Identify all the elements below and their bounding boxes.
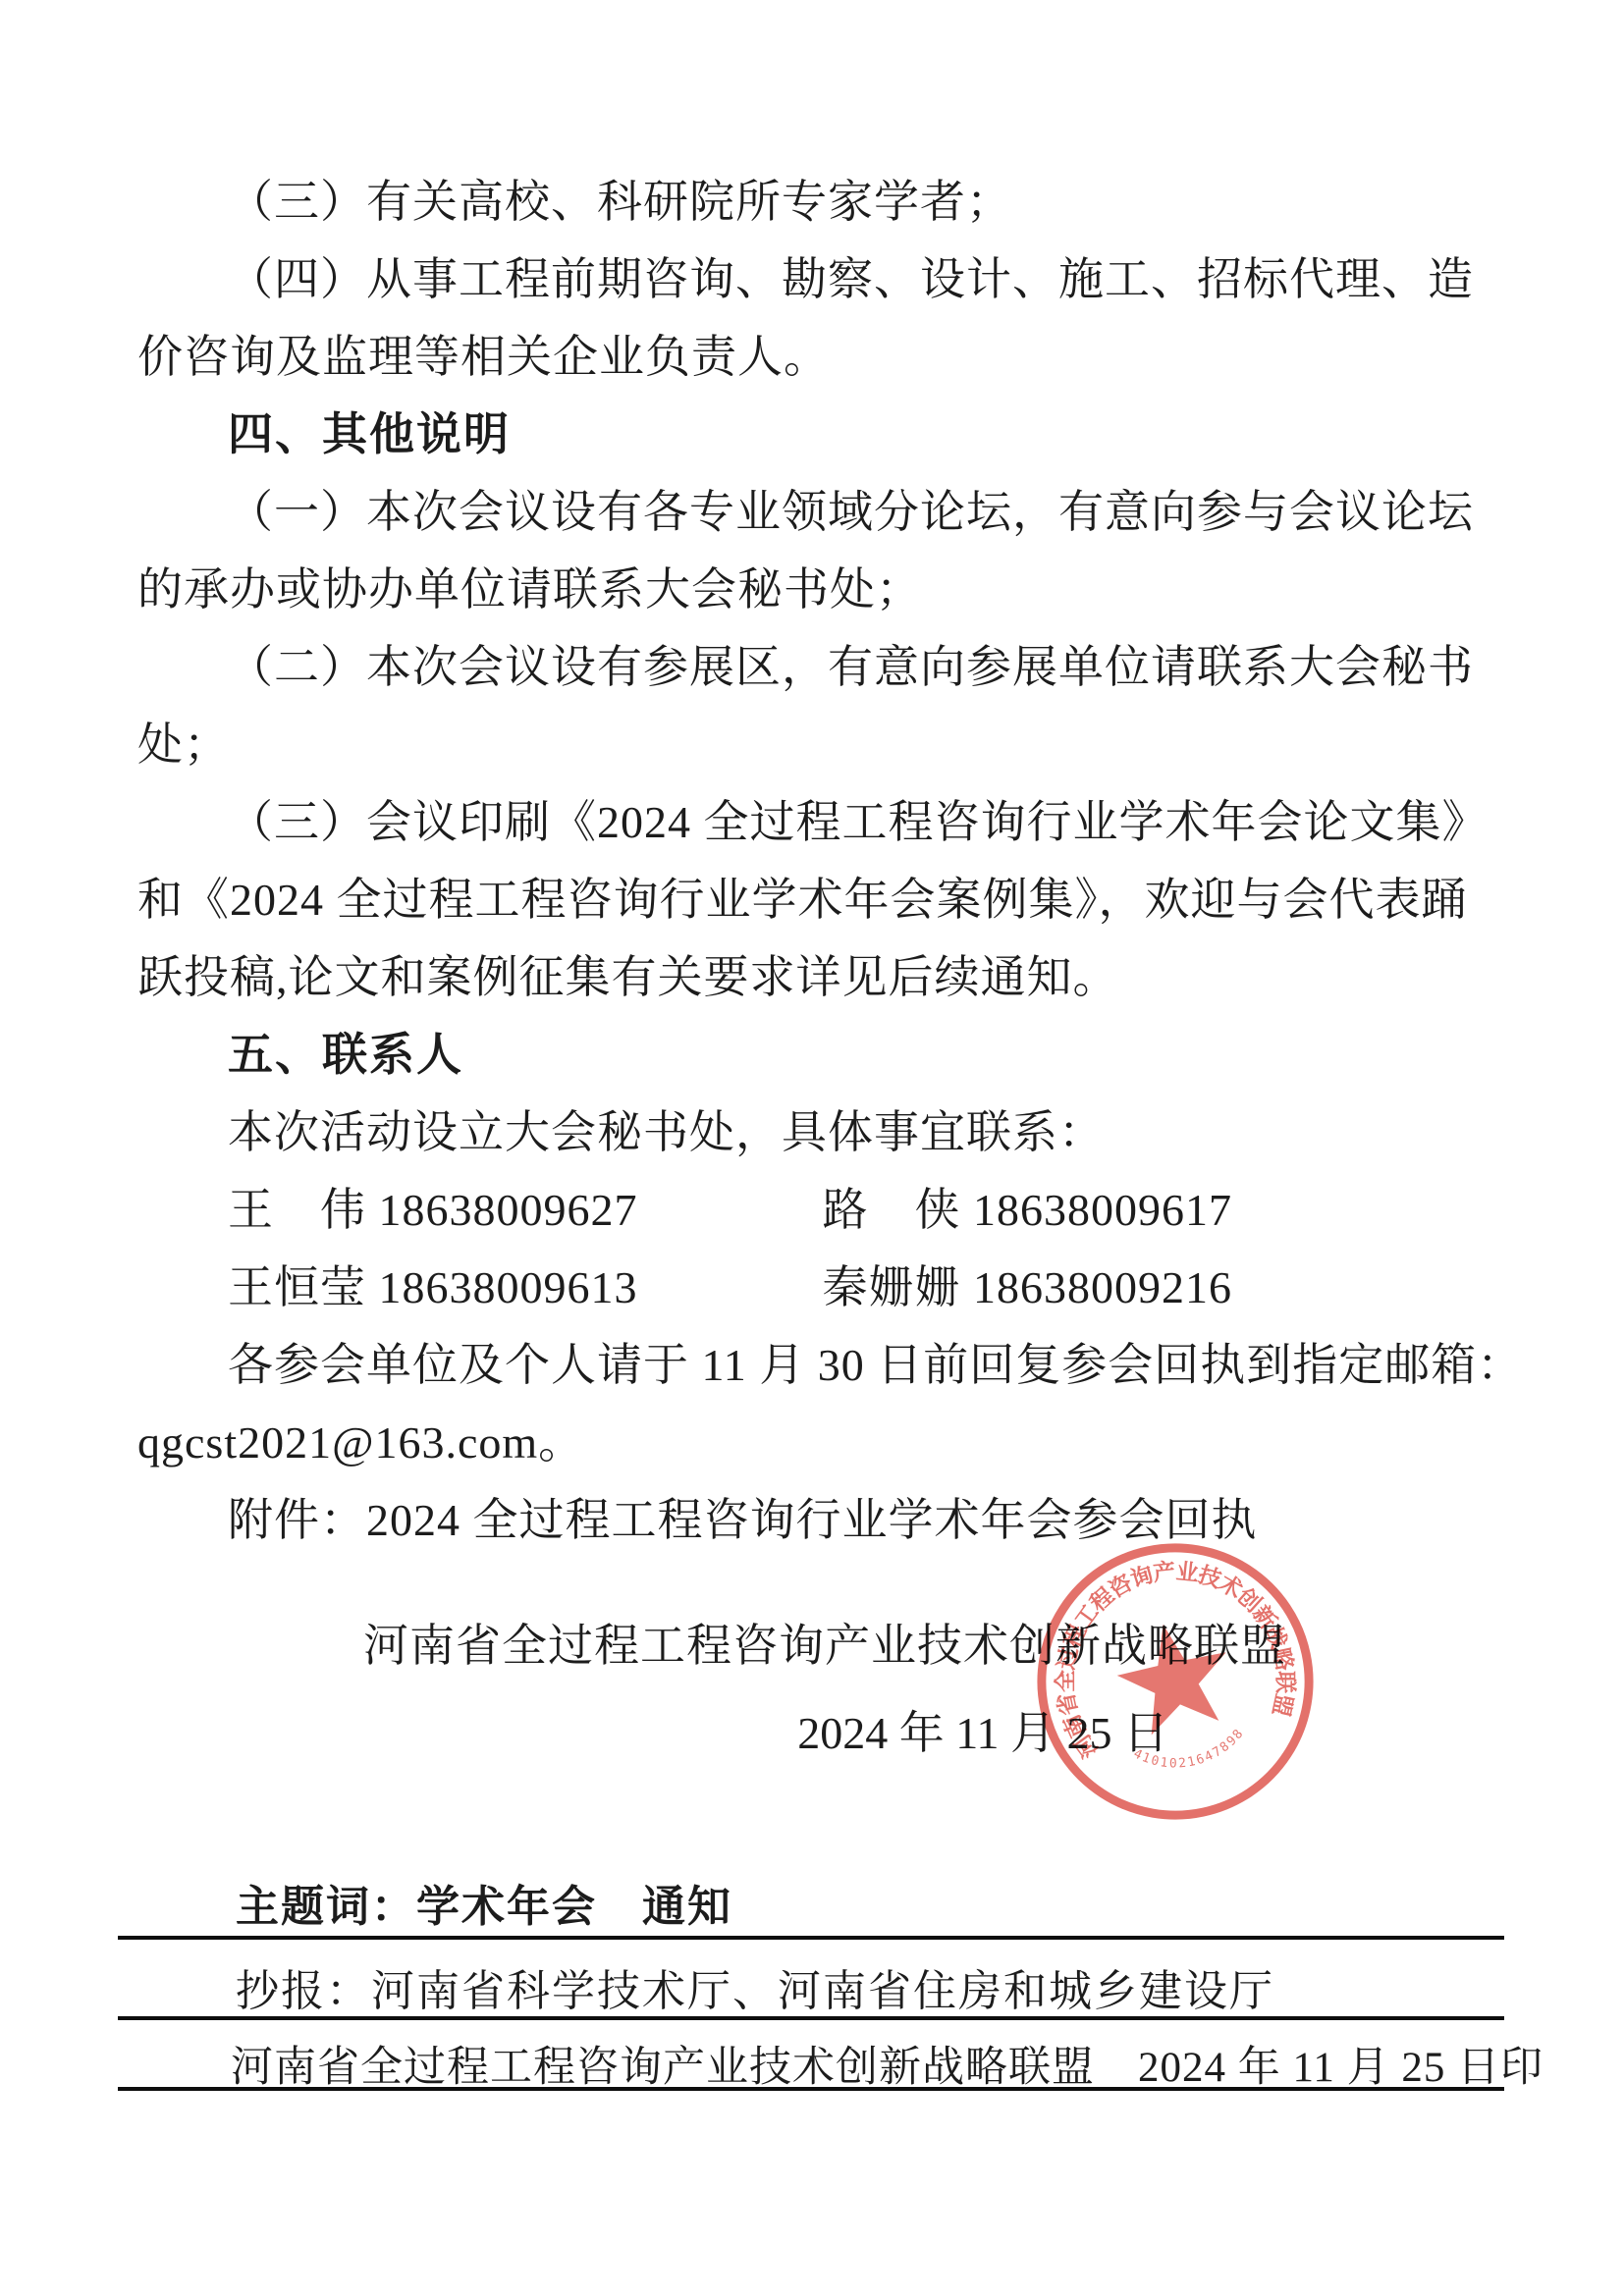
body-line: 本次活动设立大会秘书处，具体事宜联系： [137, 1094, 1449, 1171]
footer-divider [118, 2087, 1504, 2091]
body-line: 的承办或协办单位请联系大会秘书处； [137, 551, 1449, 628]
body-line: 和《2024 全过程工程咨询行业学术年会案例集》，欢迎与会代表踊 [137, 861, 1449, 938]
body-line: （三）有关高校、科研院所专家学者； [137, 163, 1449, 240]
footer-divider [118, 1936, 1504, 1940]
footer-print-row: 河南省全过程工程咨询产业技术创新战略联盟 2024 年 11 月 25 日印 [231, 2034, 1543, 2094]
body-line: （三）会议印刷《2024 全过程工程咨询行业学术年会论文集》 [137, 783, 1449, 861]
footer-divider [118, 2016, 1504, 2020]
body-line: 跃投稿,论文和案例征集有关要求详见后续通知。 [137, 938, 1449, 1016]
body-line: 处； [137, 706, 1449, 783]
seal-star-icon [1109, 1613, 1239, 1739]
body-line: 各参会单位及个人请于 11 月 30 日前回复参会回执到指定邮箱： [137, 1326, 1449, 1404]
contact-row: 王 伟 18638009627 路 侠 18638009617 [137, 1171, 1449, 1249]
section-heading-contacts: 五、联系人 [137, 1016, 1449, 1094]
body-line: （四）从事工程前期咨询、勘察、设计、施工、招标代理、造 [137, 240, 1449, 318]
body-line: （一）本次会议设有各专业领域分论坛，有意向参与会议论坛 [137, 473, 1449, 551]
seal-code-text: 4101021647898 [1128, 1724, 1252, 1782]
section-heading-other-notes: 四、其他说明 [137, 396, 1449, 473]
document-page: （三）有关高校、科研院所专家学者； （四）从事工程前期咨询、勘察、设计、施工、招… [0, 0, 1624, 2296]
contact-row: 王恒莹 18638009613 秦姗姗 18638009216 [137, 1249, 1449, 1326]
body-line: （二）本次会议设有参展区，有意向参展单位请联系大会秘书 [137, 628, 1449, 706]
footer-subject-row: 主题词：学术年会 通知 [236, 1871, 732, 1934]
official-seal-stamp: 河南省全过程工程咨询产业技术创新战略联盟 4101021647898 [1001, 1508, 1348, 1854]
body-line: 价咨询及监理等相关企业负责人。 [137, 318, 1449, 396]
document-body: （三）有关高校、科研院所专家学者； （四）从事工程前期咨询、勘察、设计、施工、招… [137, 163, 1449, 1559]
email-address: qgcst2021@163.com。 [137, 1404, 1449, 1481]
footer-cc-row: 抄报：河南省科学技术厅、河南省住房和城乡建设厅 [236, 1955, 1274, 2018]
